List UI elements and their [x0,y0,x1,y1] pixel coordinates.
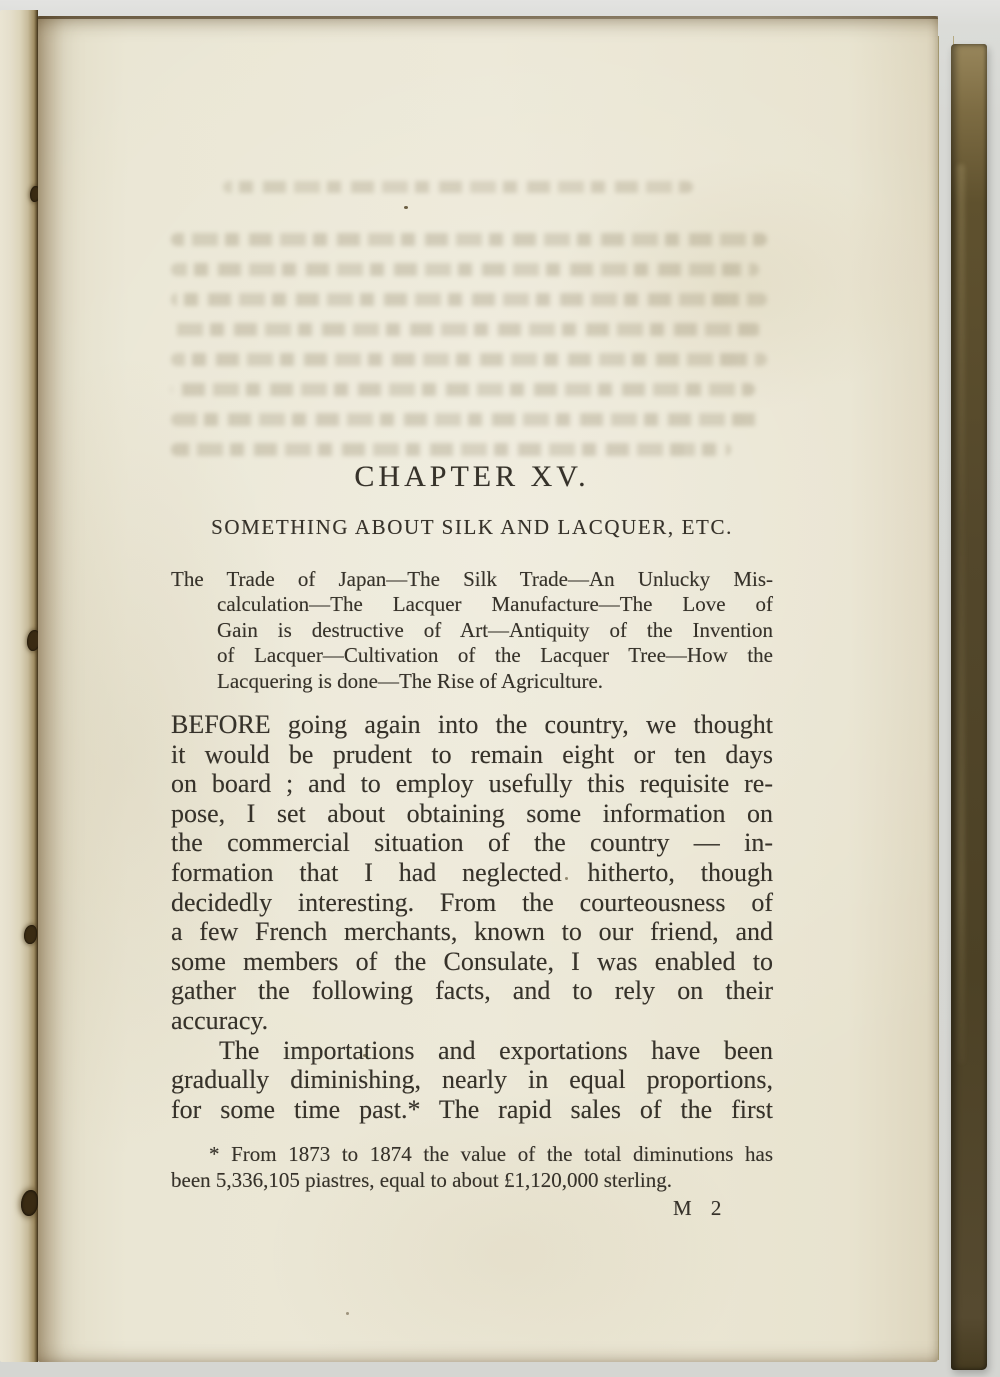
body-line: pose, I set about obtaining some informa… [171,799,773,829]
chapter-heading: CHAPTER XV. [171,460,773,494]
footnote-line: been 5,336,105 piastres, equal to about … [171,1168,773,1194]
body-line: the commercial situation of the country … [171,828,773,858]
synopsis-line: calculation—The Lacquer Manufacture—The … [171,592,773,617]
synopsis-line: Lacquering is done—The Rise of Agricultu… [171,669,773,694]
synopsis-line: Gain is destructive of Art—Antiquity of … [171,618,773,643]
bleedthrough-line [171,443,731,456]
body-line: accuracy. [171,1006,773,1036]
body-line: BEFORE going again into the country, we … [171,710,773,740]
bleedthrough-line [171,233,767,246]
facing-page-edge [0,10,38,1362]
chapter-synopsis: The Trade of Japan—The Silk Trade—An Unl… [171,567,773,694]
body-line: on board ; and to employ usefully this r… [171,769,773,799]
bleedthrough-line [171,353,767,366]
back-cover-edge [951,44,987,1370]
book-page: CHAPTER XV. SOMETHING ABOUT SILK AND LAC… [38,16,938,1362]
photo-backdrop: CHAPTER XV. SOMETHING ABOUT SILK AND LAC… [0,0,1000,1377]
body-line: decidedly interesting. From the courteou… [171,888,773,918]
body-line: formation that I had neglected hitherto,… [171,858,773,888]
synopsis-line: The Trade of Japan—The Silk Trade—An Unl… [171,567,773,592]
body-line: it would be prudent to remain eight or t… [171,740,773,770]
footnote: * From 1873 to 1874 the value of the tot… [171,1142,773,1194]
footnote-line: * From 1873 to 1874 the value of the tot… [171,1142,773,1168]
bleedthrough-line [171,293,767,306]
dust-speck [346,1312,349,1315]
bleedthrough-line [171,263,759,276]
bleedthrough-line [171,383,755,396]
body-line: some members of the Consulate, I was ena… [171,947,773,977]
bleedthrough-line [171,413,763,426]
body-line: gradually diminishing, nearly in equal p… [171,1065,773,1095]
body-line: gather the following facts, and to rely … [171,976,773,1006]
signature-mark: M 2 [673,1196,721,1221]
body-line: The importations and exportations have b… [171,1036,773,1066]
synopsis-line: of Lacquer—Cultivation of the Lacquer Tr… [171,643,773,668]
bleedthrough-line [223,181,693,193]
dust-speck [404,206,408,209]
bleedthrough-line [171,323,761,336]
body-line: a few French merchants, known to our fri… [171,917,773,947]
chapter-subtitle: SOMETHING ABOUT SILK AND LACQUER, ETC. [171,515,773,540]
body-line: for some time past.* The rapid sales of … [171,1095,773,1125]
body-text: BEFORE going again into the country, we … [171,710,773,1124]
